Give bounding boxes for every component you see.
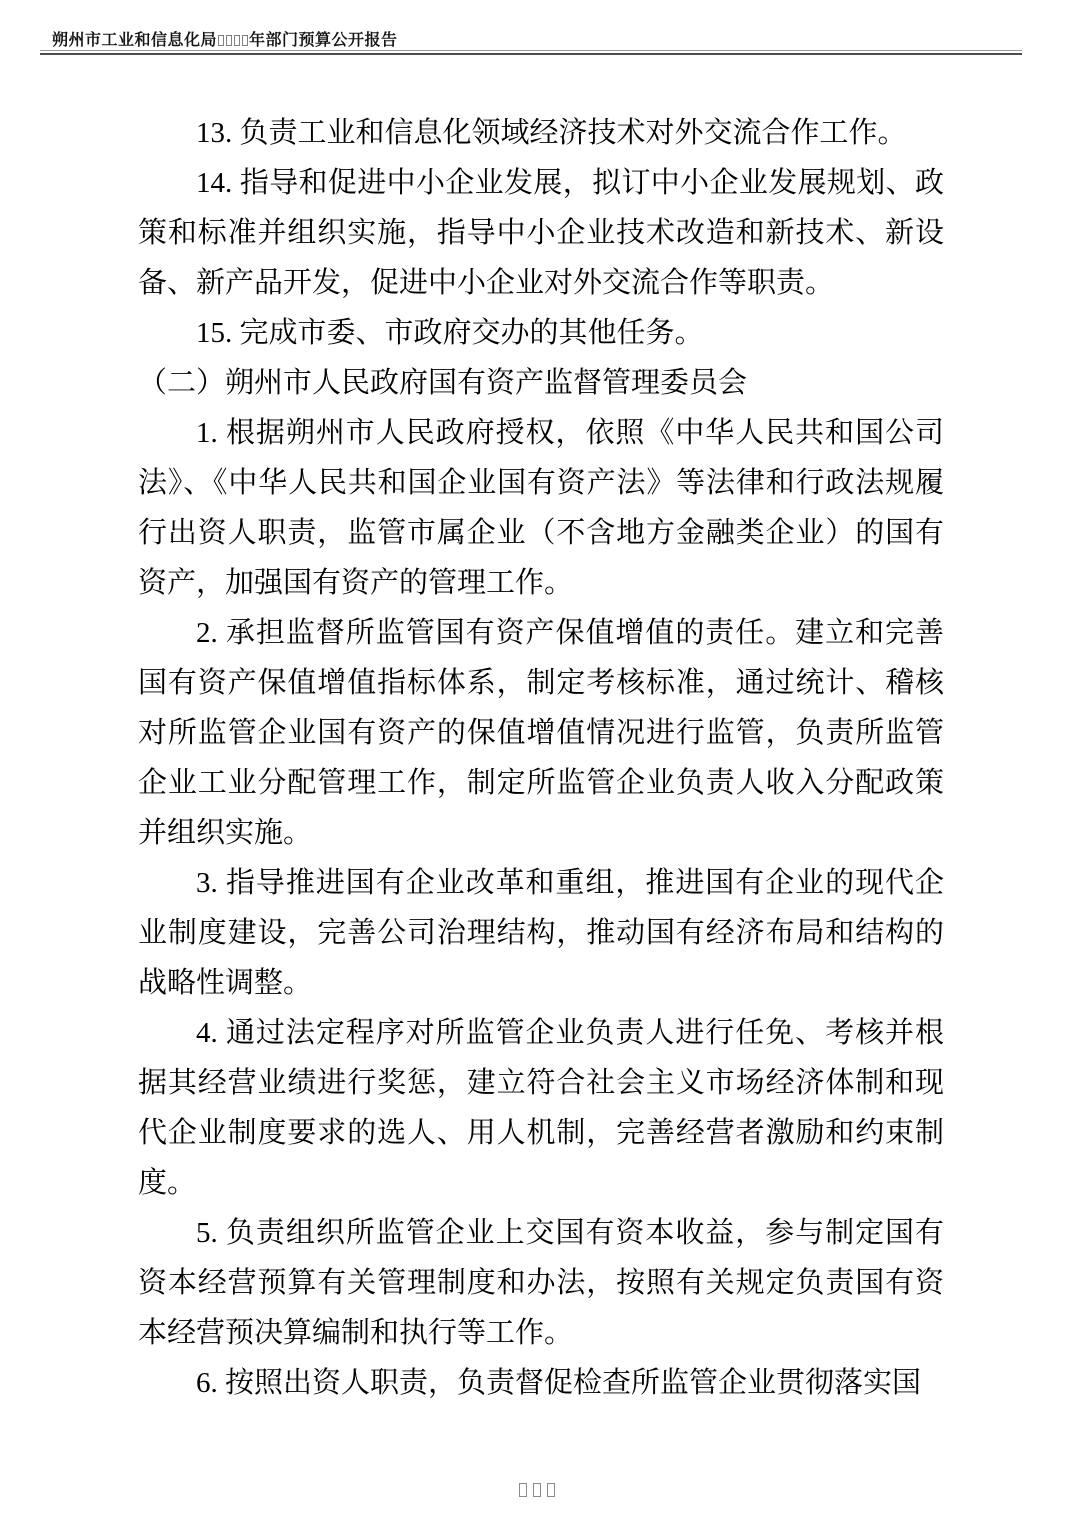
header-divider-rule bbox=[40, 50, 1022, 55]
paragraph: 6. 按照出资人职责，负责督促检查所监管企业贯彻落实国 bbox=[138, 1358, 944, 1408]
document-page: 朔州市工业和信息化局年部门预算公开报告 13. 负责工业和信息化领域经济技术对外… bbox=[0, 0, 1074, 1520]
page-header: 朔州市工业和信息化局年部门预算公开报告 bbox=[52, 27, 1032, 50]
paragraph: 1. 根据朔州市人民政府授权，依照《中华人民共和国公司法》、《中华人民共和国企业… bbox=[138, 408, 944, 608]
paragraph: 2. 承担监督所监管国有资产保值增值的责任。建立和完善国有资产保值增值指标体系，… bbox=[138, 608, 944, 858]
paragraph: 4. 通过法定程序对所监管企业负责人进行任免、考核并根据其经营业绩进行奖惩，建立… bbox=[138, 1008, 944, 1208]
missing-page-number-glyphs bbox=[516, 1482, 558, 1500]
page-footer bbox=[0, 1482, 1074, 1500]
document-body: 13. 负责工业和信息化领域经济技术对外交流合作工作。 14. 指导和促进中小企… bbox=[138, 108, 944, 1408]
paragraph: 15. 完成市委、市政府交办的其他任务。 bbox=[138, 308, 944, 358]
paragraph: 13. 负责工业和信息化领域经济技术对外交流合作工作。 bbox=[138, 108, 944, 158]
missing-year-glyphs bbox=[217, 32, 249, 50]
header-title: 朔州市工业和信息化局年部门预算公开报告 bbox=[52, 32, 398, 49]
paragraph: 5. 负责组织所监管企业上交国有资本收益，参与制定国有资本经营预算有关管理制度和… bbox=[138, 1208, 944, 1358]
header-title-suffix: 年部门预算公开报告 bbox=[249, 32, 398, 49]
header-title-prefix: 朔州市工业和信息化局 bbox=[52, 32, 217, 49]
paragraph: （二）朔州市人民政府国有资产监督管理委员会 bbox=[138, 358, 944, 408]
paragraph: 3. 指导推进国有企业改革和重组，推进国有企业的现代企业制度建设，完善公司治理结… bbox=[138, 858, 944, 1008]
paragraph: 14. 指导和促进中小企业发展，拟订中小企业发展规划、政策和标准并组织实施，指导… bbox=[138, 158, 944, 308]
